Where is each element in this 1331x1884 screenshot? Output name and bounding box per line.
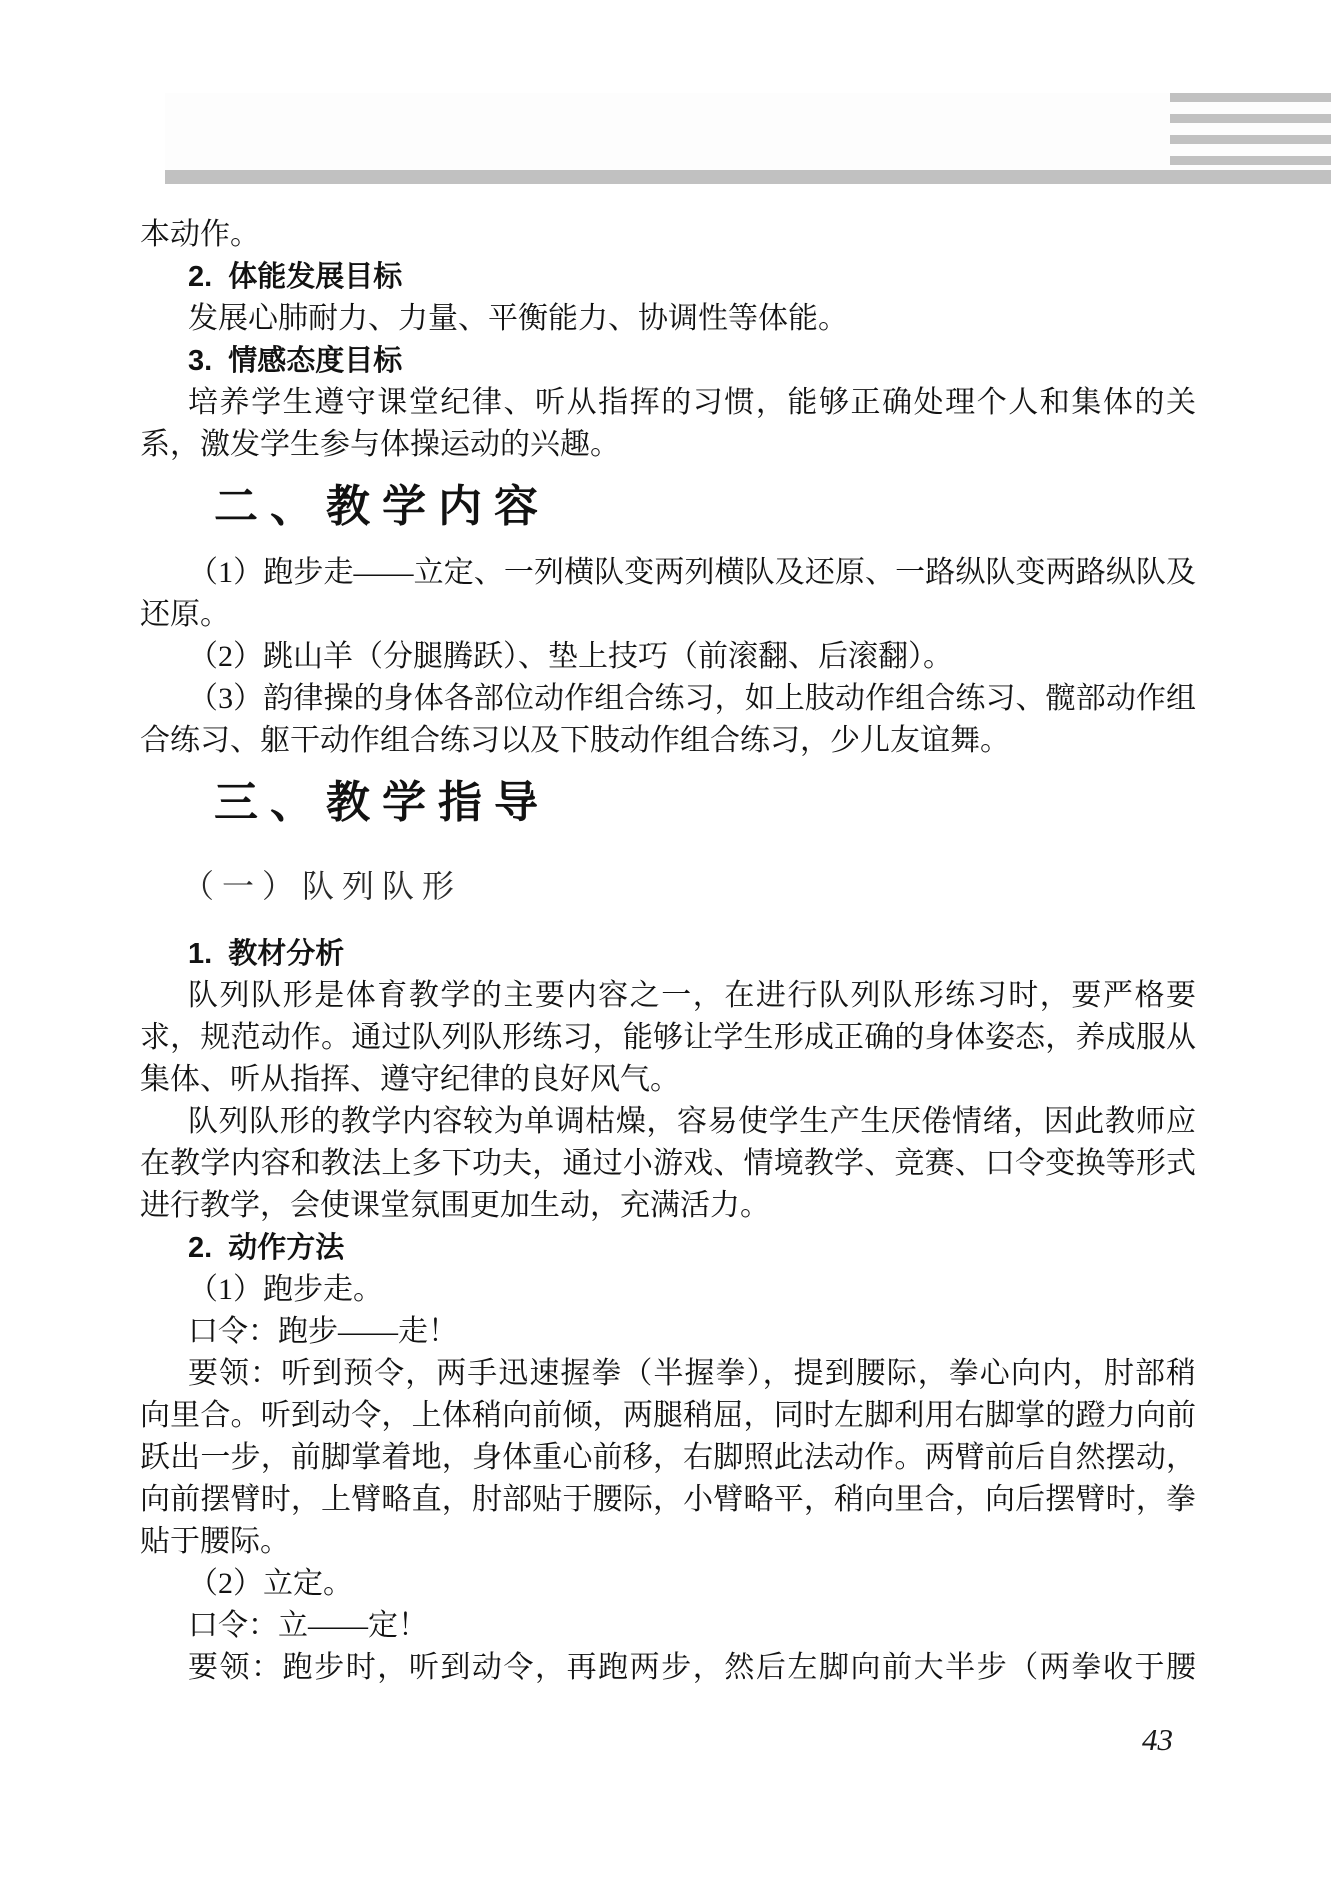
body-line: 队列队形的教学内容较为单调枯燥，容易使学生产生厌倦情绪，因此教师应: [140, 1101, 1196, 1143]
body-line: 口令：立——定！: [140, 1605, 1196, 1647]
body-line: （2）跳山羊（分腿腾跃）、垫上技巧（前滚翻、后滚翻）。: [140, 636, 1196, 678]
body-line: （1）跑步走——立定、一列横队变两列横队及还原、一路纵队变两路纵队及: [140, 552, 1196, 594]
body-line: （3）韵律操的身体各部位动作组合练习，如上肢动作组合练习、髋部动作组: [140, 678, 1196, 720]
body-line: 要领：跑步时，听到动令，再跑两步，然后左脚向前大半步（两拳收于腰: [140, 1647, 1196, 1689]
body-line: 发展心肺耐力、力量、平衡能力、协调性等体能。: [140, 298, 1196, 340]
header-bar-1: [1170, 93, 1331, 102]
body-line: 贴于腰际。: [140, 1521, 1196, 1563]
document-content: 本动作。2. 体能发展目标发展心肺耐力、力量、平衡能力、协调性等体能。3. 情感…: [140, 214, 1196, 1689]
subsection-heading: 2. 动作方法: [140, 1227, 1196, 1269]
page-number: 43: [1142, 1722, 1173, 1758]
body-line: 口令：跑步——走！: [140, 1311, 1196, 1353]
group-heading: （一）队列队形: [140, 865, 1196, 907]
body-line: 培养学生遵守课堂纪律、听从指挥的习惯，能够正确处理个人和集体的关: [140, 382, 1196, 424]
body-line: 还原。: [140, 594, 1196, 636]
subsection-heading: 3. 情感态度目标: [140, 340, 1196, 382]
body-line: 要领：听到预令，两手迅速握拳（半握拳），提到腰际，拳心向内，肘部稍: [140, 1353, 1196, 1395]
body-line: 在教学内容和教法上多下功夫，通过小游戏、情境教学、竞赛、口令变换等形式: [140, 1143, 1196, 1185]
header-bar-2: [1170, 114, 1331, 123]
subsection-heading: 2. 体能发展目标: [140, 256, 1196, 298]
header-stripe: [165, 170, 1331, 184]
body-line: （1）跑步走。: [140, 1269, 1196, 1311]
body-line: 进行教学，会使课堂氛围更加生动，充满活力。: [140, 1185, 1196, 1227]
header-bar-3: [1170, 135, 1331, 144]
header-band: [165, 93, 1331, 170]
body-line: 向里合。听到动令，上体稍向前倾，两腿稍屈，同时左脚利用右脚掌的蹬力向前: [140, 1395, 1196, 1437]
body-line: 队列队形是体育教学的主要内容之一，在进行队列队形练习时，要严格要: [140, 975, 1196, 1017]
body-line: 系，激发学生参与体操运动的兴趣。: [140, 424, 1196, 466]
body-line: 求，规范动作。通过队列队形练习，能够让学生形成正确的身体姿态，养成服从: [140, 1017, 1196, 1059]
body-line: 集体、听从指挥、遵守纪律的良好风气。: [140, 1059, 1196, 1101]
body-line: 向前摆臂时，上臂略直，肘部贴于腰际，小臂略平，稍向里合，向后摆臂时，拳: [140, 1479, 1196, 1521]
body-line: （2）立定。: [140, 1563, 1196, 1605]
body-line: 合练习、躯干动作组合练习以及下肢动作组合练习，少儿友谊舞。: [140, 720, 1196, 762]
header-bar-4: [1170, 156, 1331, 165]
subsection-heading: 1. 教材分析: [140, 933, 1196, 975]
section-heading: 三、教学指导: [140, 774, 1196, 832]
body-line: 本动作。: [140, 214, 1196, 256]
section-heading: 二、教学内容: [140, 478, 1196, 536]
body-line: 跃出一步，前脚掌着地，身体重心前移，右脚照此法动作。两臂前后自然摆动，: [140, 1437, 1196, 1479]
